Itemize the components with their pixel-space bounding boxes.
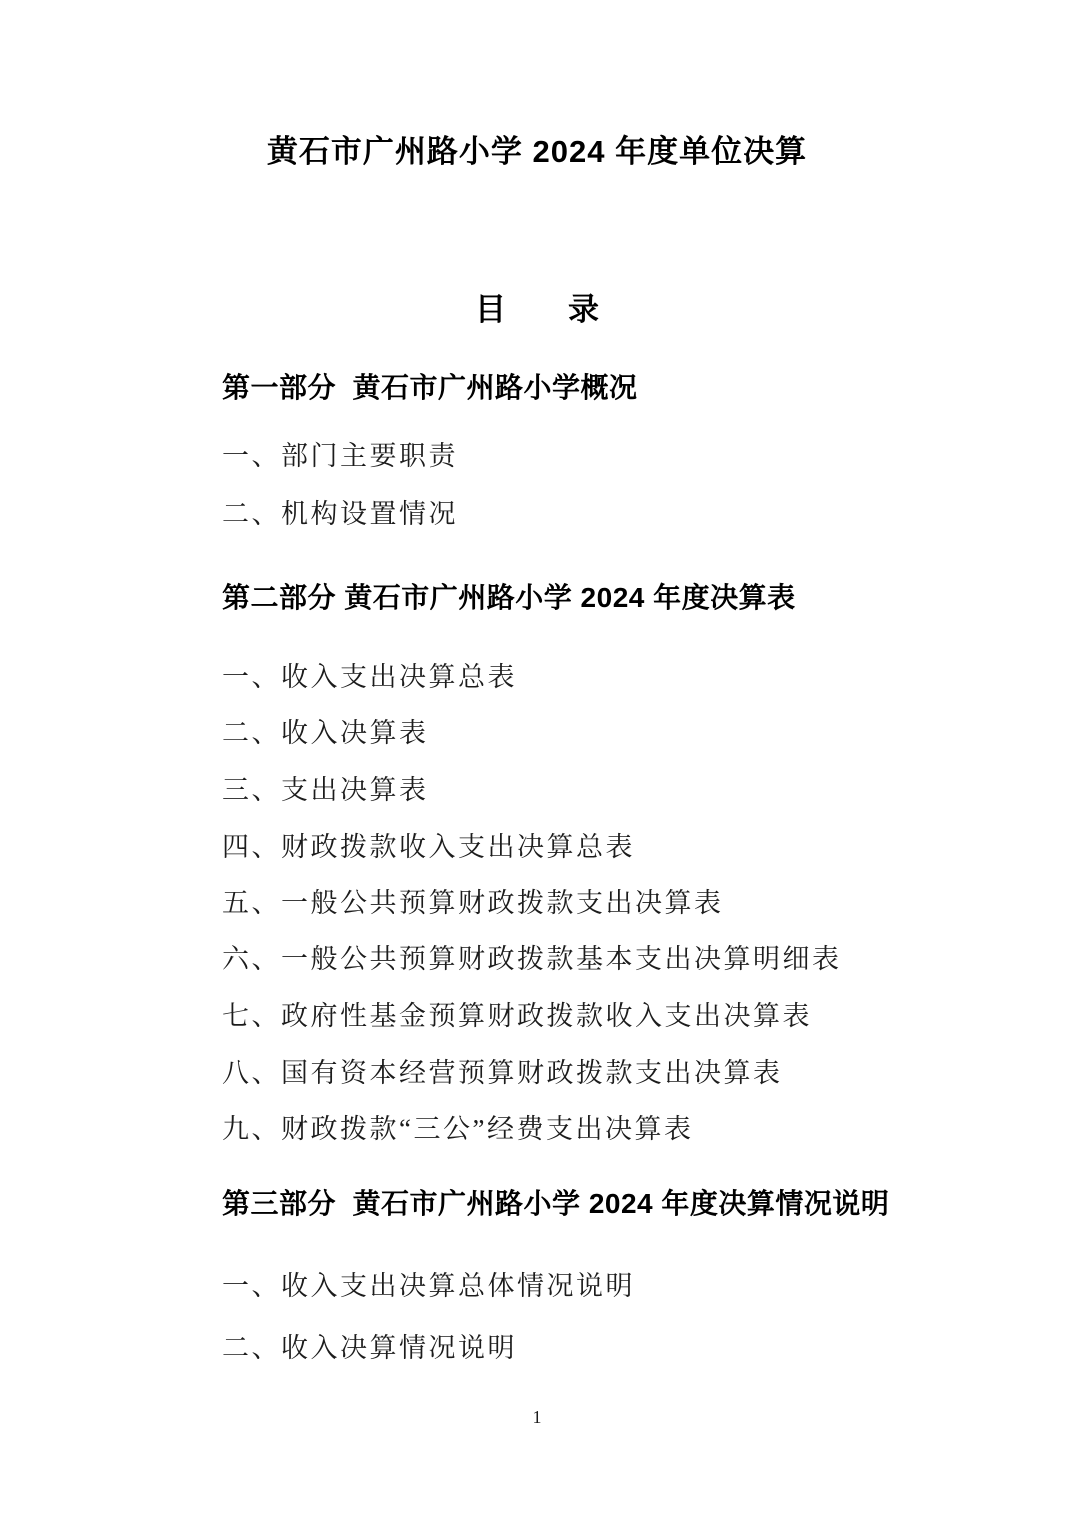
- toc-item: 二、机构设置情况: [222, 501, 458, 528]
- toc-title: 目 录: [0, 294, 1074, 325]
- toc-item: 三、支出决算表: [222, 777, 429, 804]
- toc-item: 六、一般公共预算财政拨款基本支出决算明细表: [222, 946, 842, 973]
- toc-item: 二、收入决算情况说明: [222, 1335, 517, 1362]
- toc-item: 二、收入决算表: [222, 720, 429, 747]
- document-title: 黄石市广州路小学 2024 年度单位决算: [0, 136, 1074, 167]
- toc-item: 五、一般公共预算财政拨款支出决算表: [222, 890, 724, 917]
- section-1-heading: 第一部分 黄石市广州路小学概况: [222, 374, 638, 402]
- toc-item: 一、收入支出决算总体情况说明: [222, 1273, 635, 1300]
- section-3-heading: 第三部分 黄石市广州路小学 2024 年度决算情况说明: [222, 1190, 889, 1218]
- toc-item: 一、收入支出决算总表: [222, 664, 517, 691]
- document-page: 黄石市广州路小学 2024 年度单位决算 目 录 第一部分 黄石市广州路小学概况…: [0, 0, 1074, 1520]
- section-2-heading: 第二部分 黄石市广州路小学 2024 年度决算表: [222, 584, 796, 612]
- toc-item: 八、国有资本经营预算财政拨款支出决算表: [222, 1060, 783, 1087]
- toc-item: 七、政府性基金预算财政拨款收入支出决算表: [222, 1003, 812, 1030]
- toc-item: 四、财政拨款收入支出决算总表: [222, 834, 635, 861]
- page-number: 1: [0, 1408, 1074, 1426]
- toc-item: 九、财政拨款“三公”经费支出决算表: [222, 1116, 693, 1143]
- toc-item: 一、部门主要职责: [222, 443, 458, 470]
